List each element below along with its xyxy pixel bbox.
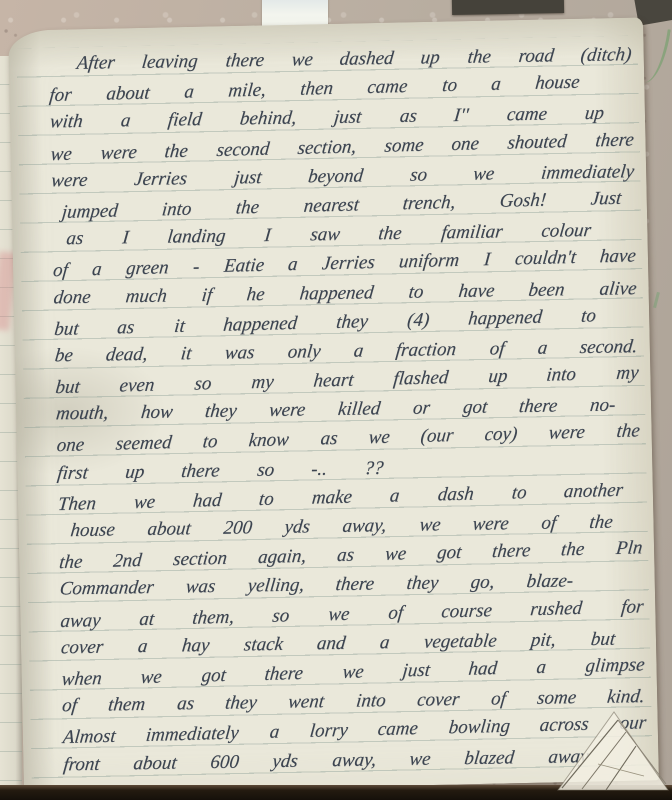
notebook-page: Afterleavingtherewedasheduptheroad(ditch…	[8, 17, 659, 793]
folded-corner	[548, 694, 672, 794]
handwriting-block: Afterleavingtherewedasheduptheroad(ditch…	[49, 39, 647, 781]
crease-lines	[548, 694, 672, 794]
diary-photo: Afterleavingtherewedasheduptheroad(ditch…	[0, 0, 672, 800]
dark-strip-object	[452, 0, 564, 15]
